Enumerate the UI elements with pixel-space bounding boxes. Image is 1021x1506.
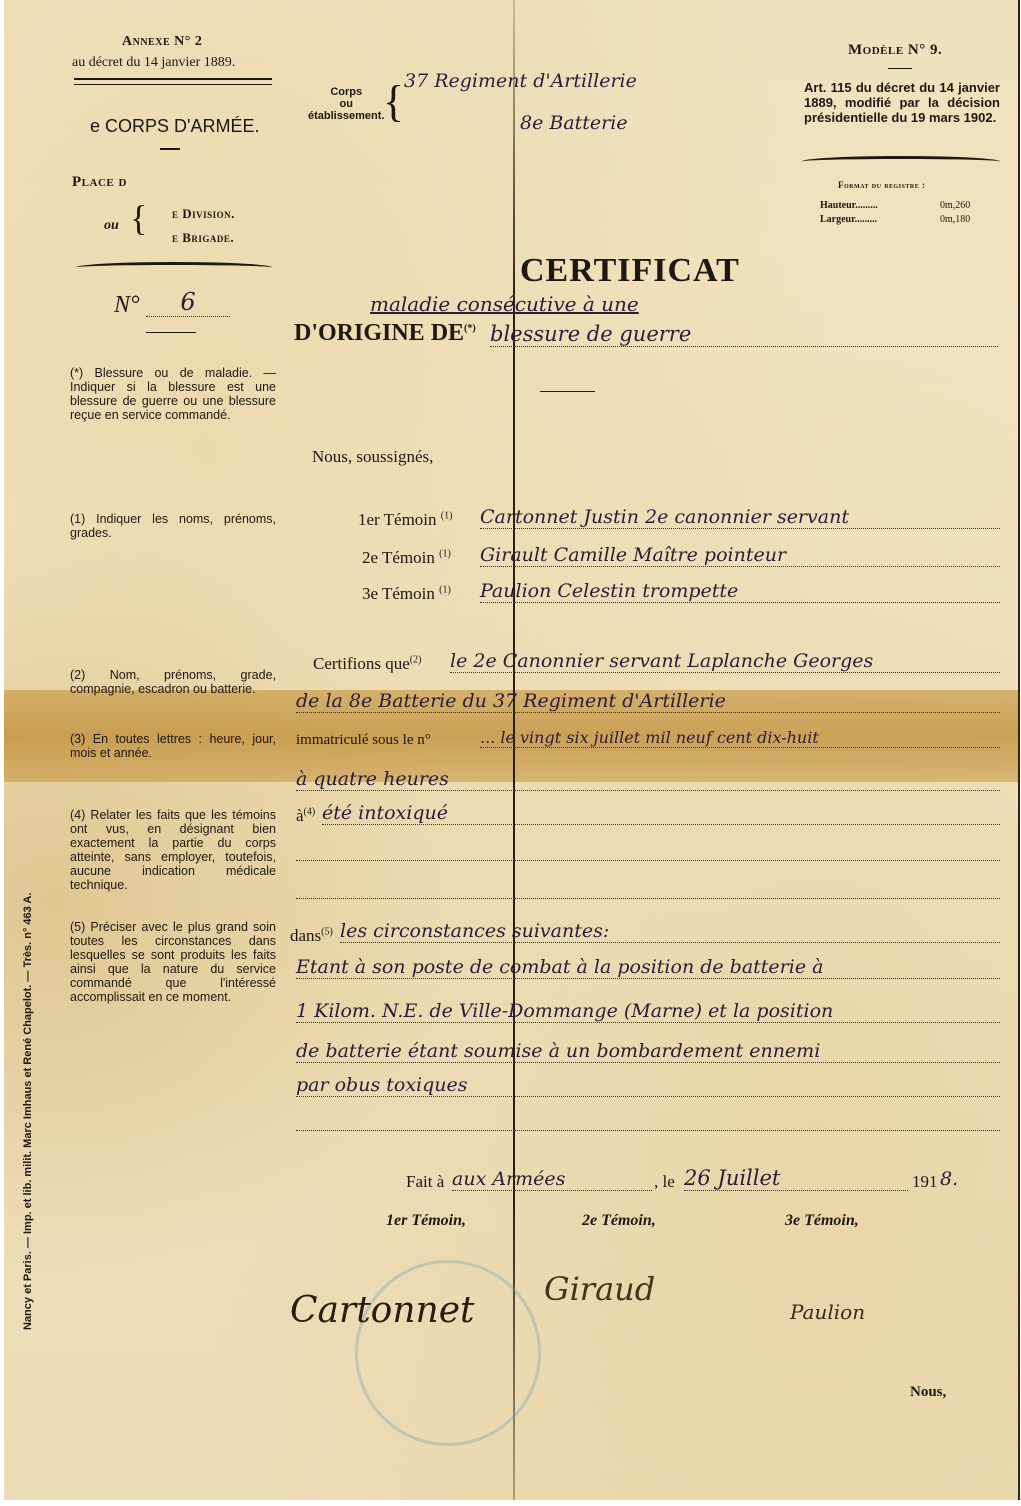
- signature-3: Paulion: [790, 1300, 865, 1324]
- origine-label: D'ORIGINE DE(*): [294, 320, 476, 347]
- blank-line: [296, 1130, 1000, 1131]
- fold-crease: [513, 0, 515, 1500]
- a-value: été intoxiqué: [322, 802, 1000, 825]
- blank-line: [296, 898, 1000, 899]
- certifions-line2: de la 8e Batterie du 37 Regiment d'Artil…: [296, 690, 1000, 713]
- a-label: à(4): [296, 806, 315, 826]
- circumstance-line: Etant à son poste de combat à la positio…: [296, 956, 1000, 979]
- heure-value: à quatre heures: [296, 768, 1000, 791]
- brace-icon: {: [383, 80, 404, 124]
- place-label: Place d: [72, 174, 127, 191]
- modele-label: Modèle N° 9.: [848, 42, 942, 59]
- year-suffix: 8.: [940, 1168, 958, 1190]
- witness-1-value: Cartonnet Justin 2e canonnier servant: [480, 506, 1000, 529]
- immatricule-value: ... le vingt six juillet mil neuf cent d…: [480, 728, 1000, 748]
- circumstance-line: les circonstances suivantes:: [340, 920, 1000, 943]
- printer-imprint: Nancy et Paris. — Imp. et lib. milit. Ma…: [22, 893, 34, 1330]
- short-rule: [888, 68, 912, 69]
- title-handwritten-above: maladie consécutive à une: [370, 292, 639, 316]
- article-text: Art. 115 du décret du 14 janvier 1889, m…: [804, 80, 1000, 125]
- ou-label: ou: [104, 218, 119, 234]
- numero-label: N°: [114, 292, 140, 319]
- brigade-label: e Brigade.: [172, 230, 234, 246]
- signature-2: Giraud: [544, 1270, 655, 1308]
- certifions-label: Certifions que(2): [313, 654, 421, 674]
- witness-2-value: Girault Camille Maître pointeur: [480, 544, 1000, 567]
- year-prefix: 191: [912, 1172, 938, 1192]
- circumstance-line: de batterie étant soumise à un bombardem…: [296, 1040, 1000, 1063]
- brace-icon: {: [130, 200, 147, 236]
- ornament-rule: [76, 262, 272, 273]
- dans-label: dans(5): [290, 926, 333, 946]
- le-label: , le: [654, 1172, 675, 1192]
- note-2: (2) Nom, prénoms, grade, compagnie, esca…: [70, 668, 276, 696]
- certifions-value: le 2e Canonnier servant Laplanche George…: [450, 650, 1000, 673]
- origine-value: blessure de guerre: [490, 322, 998, 347]
- immatricule-label: immatriculé sous le n°: [296, 732, 431, 749]
- hauteur-label: Hauteur.........: [820, 200, 878, 211]
- official-stamp: [355, 1260, 541, 1446]
- corps-line2-handwritten: 8e Batterie: [520, 112, 628, 134]
- note-1: (1) Indiquer les noms, prénoms, grades.: [70, 512, 276, 540]
- signature-1: Cartonnet: [290, 1290, 475, 1331]
- corps-label: Corps ou établissement.: [308, 86, 384, 122]
- ornament-rule: [802, 156, 1000, 167]
- fait-value: aux Armées: [452, 1168, 652, 1191]
- circumstance-line: par obus toxiques: [296, 1074, 1000, 1097]
- fait-label: Fait à: [406, 1172, 444, 1192]
- corps-armee-label: e CORPS D'ARMÉE.: [90, 116, 259, 137]
- short-rule: [540, 391, 595, 392]
- short-rule: [146, 332, 196, 333]
- intro-text: Nous, soussignés,: [312, 447, 433, 467]
- witness-2-label: 2e Témoin (1): [362, 548, 451, 568]
- numero-value: 6: [146, 288, 230, 317]
- certificat-title: CERTIFICAT: [520, 252, 740, 290]
- witness-1-label: 1er Témoin (1): [358, 510, 452, 530]
- header-rule: [74, 78, 272, 85]
- date-value: 26 Juillet: [684, 1166, 908, 1191]
- witness-3-label: 3e Témoin (1): [362, 584, 451, 604]
- short-rule: [160, 148, 180, 150]
- annexe-label: Annexe N° 2: [122, 34, 202, 50]
- note-star: (*) Blessure ou de maladie. — Indiquer s…: [70, 366, 276, 422]
- note-4: (4) Relater les faits que les témoins on…: [70, 808, 276, 892]
- blank-line: [296, 860, 1000, 861]
- sig-label-1: 1er Témoin,: [386, 1212, 466, 1230]
- circumstance-line: 1 Kilom. N.E. de Ville-Dommange (Marne) …: [296, 1000, 1000, 1023]
- format-title: Format du registre :: [838, 180, 925, 190]
- decret-label: au décret du 14 janvier 1889.: [72, 55, 235, 71]
- nous-label: Nous,: [910, 1384, 946, 1401]
- largeur-label: Largeur.........: [820, 214, 877, 225]
- note-3: (3) En toutes lettres : heure, jour, moi…: [70, 732, 276, 760]
- note-5: (5) Préciser avec le plus grand soin tou…: [70, 920, 276, 1004]
- sig-label-3: 3e Témoin,: [785, 1212, 859, 1230]
- witness-3-value: Paulion Celestin trompette: [480, 580, 1000, 603]
- corps-line1-handwritten: 37 Regiment d'Artillerie: [404, 70, 637, 92]
- largeur-value: 0m,180: [940, 214, 970, 225]
- sig-label-2: 2e Témoin,: [582, 1212, 656, 1230]
- hauteur-value: 0m,260: [940, 200, 970, 211]
- division-label: e Division.: [172, 206, 235, 222]
